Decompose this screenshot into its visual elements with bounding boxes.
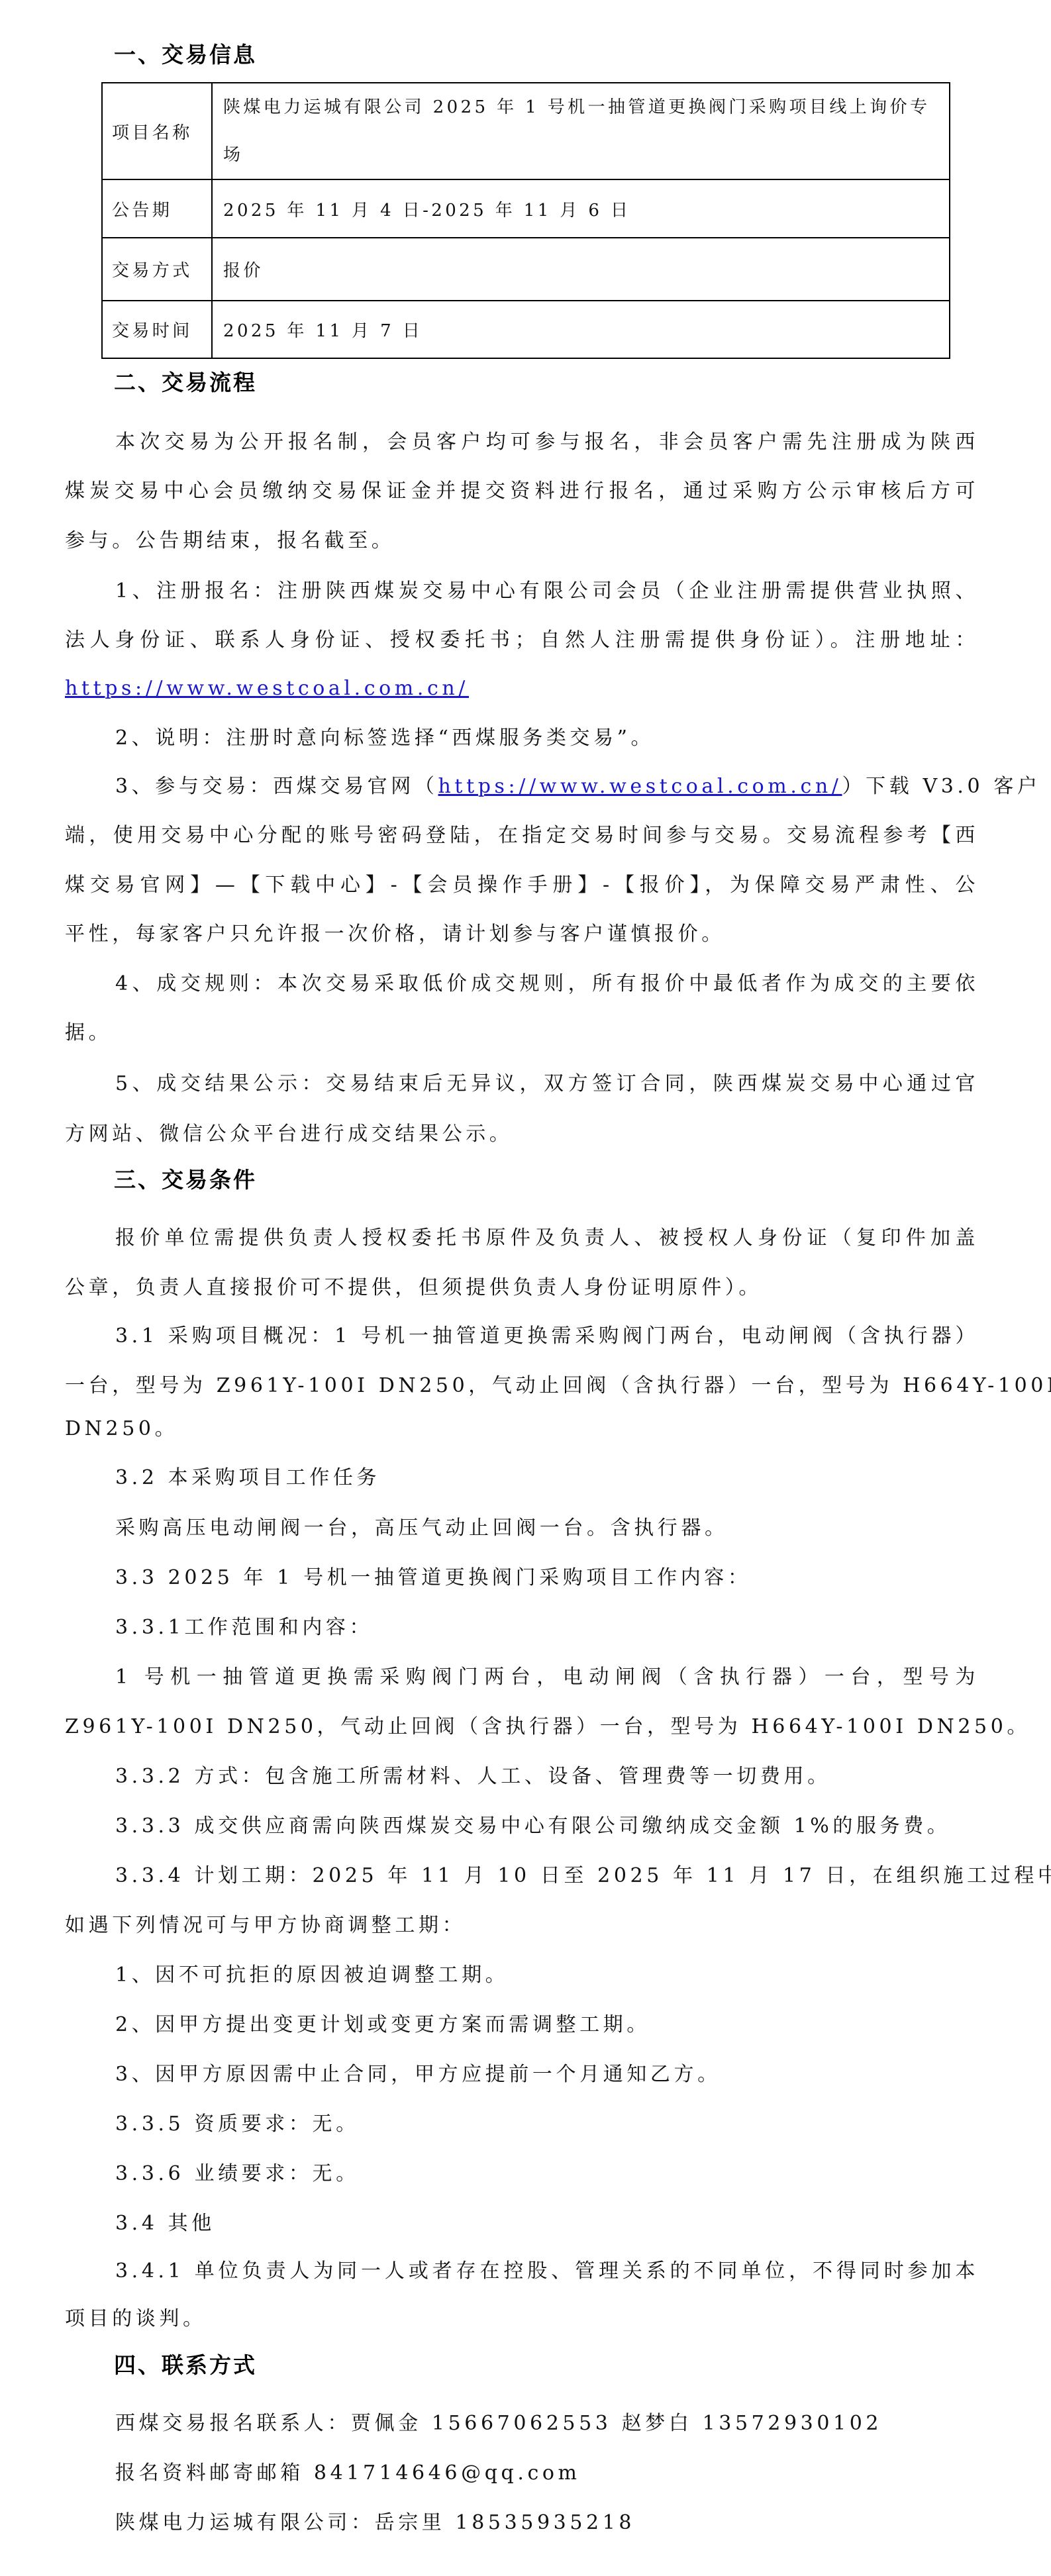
contact-line: 陕煤电力运城有限公司：岳宗里 18535935218 [115, 2508, 635, 2538]
paragraph-line: 3、参与交易：西煤交易官网（https://www.westcoal.com.c… [115, 772, 979, 801]
table-label-notice-period: 公告期 [102, 179, 212, 238]
table-row: 项目名称 陕煤电力运城有限公司 2025 年 1 号机一抽管道更换阀门采购项目线… [102, 83, 950, 179]
paragraph-line: DN250。 [65, 1414, 178, 1444]
paragraph-line: 法人身份证、联系人身份证、授权委托书；自然人注册需提供身份证）。注册地址： [65, 626, 979, 655]
paragraph-line: 公章，负责人直接报价可不提供，但须提供负责人身份证明原件）。 [65, 1273, 762, 1303]
paragraph-line: 一台，型号为 Z961Y-100I DN250，气动止回阀（含执行器）一台，型号… [65, 1371, 979, 1401]
section-heading-trade-info: 一、交易信息 [114, 40, 257, 70]
paragraph-line: 端，使用交易中心分配的账号密码登陆，在指定交易时间参与交易。交易流程参考【西 [65, 821, 979, 850]
table-value-notice-period: 2025 年 11 月 4 日-2025 年 11 月 6 日 [212, 179, 950, 238]
paragraph-line: 3.3 2025 年 1 号机一抽管道更换阀门采购项目工作内容： [115, 1563, 752, 1593]
paragraph-line: 4、成交规则：本次交易采取低价成交规则，所有报价中最低者作为成交的主要依 [115, 969, 979, 999]
paragraph-line: 1 号机一抽管道更换需采购阀门两台，电动闸阀（含执行器）一台，型号为 [115, 1663, 979, 1692]
paragraph-line: 本次交易为公开报名制，会员客户均可参与报名，非会员客户需先注册成为陕西 [115, 428, 979, 457]
project-name-line2: 场 [223, 131, 949, 179]
section-heading-trade-conditions: 三、交易条件 [114, 1165, 257, 1195]
contact-line: 报名资料邮寄邮箱 841714646@qq.com [115, 2459, 581, 2488]
paragraph-line: 据。 [65, 1018, 112, 1048]
paragraph-line: 方网站、微信公众平台进行成交结果公示。 [65, 1120, 513, 1149]
paragraph-line: 2、说明：注册时意向标签选择“西煤服务类交易”。 [115, 724, 654, 753]
paragraph-line: 煤炭交易中心会员缴纳交易保证金并提交资料进行报名，通过采购方公示审核后方可 [65, 477, 979, 506]
section-heading-contact: 四、联系方式 [114, 2351, 257, 2380]
contact-line: 西煤交易报名联系人：贾佩金 15667062553 赵梦白 1357293010… [115, 2409, 882, 2438]
paragraph-line: 3.1 采购项目概况：1 号机一抽管道更换需采购阀门两台，电动闸阀（含执行器） [115, 1322, 979, 1351]
paragraph-line: 平性，每家客户只允许报一次价格，请计划参与客户谨慎报价。 [65, 920, 725, 949]
table-value-trade-method: 报价 [212, 238, 950, 301]
table-label-trade-method: 交易方式 [102, 238, 212, 301]
paragraph-line: 3.3.4 计划工期：2025 年 11 月 10 日至 2025 年 11 月… [115, 1861, 979, 1891]
table-label-project-name: 项目名称 [102, 83, 212, 179]
item3-suffix: ）下载 V3.0 客户 [842, 775, 1041, 798]
paragraph-line: 如遇下列情况可与甲方协商调整工期： [65, 1911, 466, 1940]
table-value-trade-time: 2025 年 11 月 7 日 [212, 301, 950, 358]
paragraph-line: 3.4.1 单位负责人为同一人或者存在控股、管理关系的不同单位，不得同时参加本 [115, 2257, 979, 2286]
table-value-project-name: 陕煤电力运城有限公司 2025 年 1 号机一抽管道更换阀门采购项目线上询价专 … [212, 83, 950, 179]
paragraph-line: https://www.westcoal.com.cn/ [65, 674, 469, 703]
paragraph-line: 3.3.3 成交供应商需向陕西煤炭交易中心有限公司缴纳成交金额 1%的服务费。 [115, 1812, 950, 1841]
paragraph-line: 报价单位需提供负责人授权委托书原件及负责人、被授权人身份证（复印件加盖 [115, 1224, 979, 1253]
table-row: 公告期 2025 年 11 月 4 日-2025 年 11 月 6 日 [102, 179, 950, 238]
paragraph-line: 煤交易官网】—【下载中心】-【会员操作手册】-【报价】，为保障交易严肃性、公 [65, 871, 979, 900]
westcoal-url-link[interactable]: https://www.westcoal.com.cn/ [438, 775, 842, 798]
table-label-trade-time: 交易时间 [102, 301, 212, 358]
trade-info-table: 项目名称 陕煤电力运城有限公司 2025 年 1 号机一抽管道更换阀门采购项目线… [101, 82, 950, 359]
project-name-line1: 陕煤电力运城有限公司 2025 年 1 号机一抽管道更换阀门采购项目线上询价专 [223, 83, 949, 131]
paragraph-line: 项目的谈判。 [65, 2304, 207, 2334]
condition-item: 2、因甲方提出变更计划或变更方案而需调整工期。 [115, 2010, 650, 2040]
paragraph-line: Z961Y-100I DN250，气动止回阀（含执行器）一台，型号为 H664Y… [65, 1712, 1030, 1742]
paragraph-line: 采购高压电动闸阀一台，高压气动止回阀一台。含执行器。 [115, 1514, 728, 1543]
item3-prefix: 3、参与交易：西煤交易官网（ [115, 775, 438, 798]
paragraph-line: 5、成交结果公示：交易结束后无异议，双方签订合同，陕西煤炭交易中心通过官 [115, 1069, 979, 1099]
paragraph-line: 1、注册报名：注册陕西煤炭交易中心有限公司会员（企业注册需提供营业执照、 [115, 577, 979, 606]
condition-item: 3、因甲方原因需中止合同，甲方应提前一个月通知乙方。 [115, 2060, 721, 2089]
paragraph-line: 3.3.1工作范围和内容： [115, 1613, 373, 1642]
paragraph-line: 3.3.6 业绩要求：无。 [115, 2159, 360, 2189]
table-row: 交易方式 报价 [102, 238, 950, 301]
paragraph-line: 参与。公告期结束，报名截至。 [65, 526, 395, 556]
paragraph-line: 3.4 其他 [115, 2209, 215, 2238]
condition-item: 1、因不可抗拒的原因被迫调整工期。 [115, 1961, 509, 1990]
table-row: 交易时间 2025 年 11 月 7 日 [102, 301, 950, 358]
section-heading-trade-process: 二、交易流程 [114, 368, 257, 397]
paragraph-line: 3.2 本采购项目工作任务 [115, 1463, 380, 1493]
register-url-link[interactable]: https://www.westcoal.com.cn/ [65, 677, 469, 700]
paragraph-line: 3.3.2 方式：包含施工所需材料、人工、设备、管理费等一切费用。 [115, 1762, 831, 1791]
paragraph-line: 3.3.5 资质要求：无。 [115, 2110, 360, 2139]
